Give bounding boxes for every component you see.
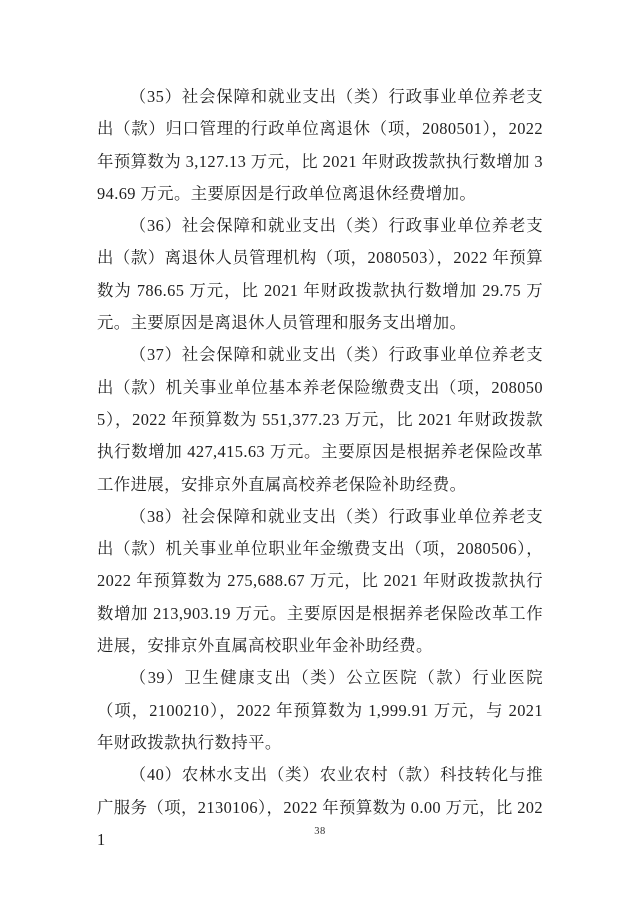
paragraph-39: （39）卫生健康支出（类）公立医院（款）行业医院（项，2100210），2022… <box>97 662 543 759</box>
paragraph-40: （40）农林水支出（类）农业农村（款）科技转化与推广服务（项，2130106），… <box>97 759 543 856</box>
page-number: 38 <box>0 826 640 837</box>
document-body: （35）社会保障和就业支出（类）行政事业单位养老支出（款）归口管理的行政单位离退… <box>97 81 543 856</box>
paragraph-36: （36）社会保障和就业支出（类）行政事业单位养老支出（款）离退休人员管理机构（项… <box>97 210 543 339</box>
paragraph-37: （37）社会保障和就业支出（类）行政事业单位养老支出（款）机关事业单位基本养老保… <box>97 339 543 500</box>
document-page: （35）社会保障和就业支出（类）行政事业单位养老支出（款）归口管理的行政单位离退… <box>0 0 640 905</box>
paragraph-35: （35）社会保障和就业支出（类）行政事业单位养老支出（款）归口管理的行政单位离退… <box>97 81 543 210</box>
paragraph-38: （38）社会保障和就业支出（类）行政事业单位养老支出（款）机关事业单位职业年金缴… <box>97 501 543 662</box>
